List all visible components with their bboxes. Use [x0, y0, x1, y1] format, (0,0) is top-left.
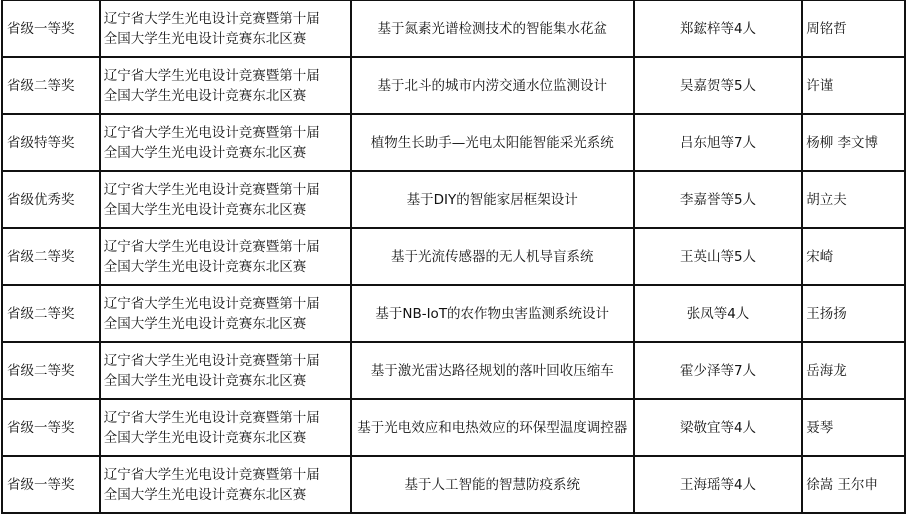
project-cell: 基于人工智能的智慧防疫系统	[351, 456, 634, 513]
competition-line1: 辽宁省大学生光电设计竞赛暨第十届	[104, 408, 346, 428]
advisor-cell: 胡立夫	[802, 171, 905, 228]
competition-line1: 辽宁省大学生光电设计竞赛暨第十届	[104, 465, 346, 485]
competition-line2: 全国大学生光电设计竞赛东北区赛	[104, 485, 346, 505]
students-cell: 梁敬宜等4人	[634, 399, 802, 456]
table-row: 省级二等奖 辽宁省大学生光电设计竞赛暨第十届全国大学生光电设计竞赛东北区赛 基于…	[2, 342, 905, 399]
competition-cell: 辽宁省大学生光电设计竞赛暨第十届全国大学生光电设计竞赛东北区赛	[100, 342, 351, 399]
project-cell: 基于氮素光谱检测技术的智能集水花盆	[351, 0, 634, 57]
students-cell: 郑鋐梓等4人	[634, 0, 802, 57]
competition-cell: 辽宁省大学生光电设计竞赛暨第十届全国大学生光电设计竞赛东北区赛	[100, 171, 351, 228]
advisor-cell: 徐嵩 王尔申	[802, 456, 905, 513]
competition-cell: 辽宁省大学生光电设计竞赛暨第十届全国大学生光电设计竞赛东北区赛	[100, 399, 351, 456]
project-cell: 基于NB-IoT的农作物虫害监测系统设计	[351, 285, 634, 342]
competition-line1: 辽宁省大学生光电设计竞赛暨第十届	[104, 351, 346, 371]
award-level-cell: 省级一等奖	[2, 399, 100, 456]
competition-cell: 辽宁省大学生光电设计竞赛暨第十届全国大学生光电设计竞赛东北区赛	[100, 456, 351, 513]
advisor-cell: 聂琴	[802, 399, 905, 456]
competition-cell: 辽宁省大学生光电设计竞赛暨第十届全国大学生光电设计竞赛东北区赛	[100, 285, 351, 342]
competition-line2: 全国大学生光电设计竞赛东北区赛	[104, 29, 346, 49]
competition-line1: 辽宁省大学生光电设计竞赛暨第十届	[104, 66, 346, 86]
competition-line2: 全国大学生光电设计竞赛东北区赛	[104, 257, 346, 277]
award-level-cell: 省级二等奖	[2, 57, 100, 114]
advisor-cell: 宋崎	[802, 228, 905, 285]
advisor-cell: 王扬扬	[802, 285, 905, 342]
students-cell: 李嘉誉等5人	[634, 171, 802, 228]
table-row: 省级优秀奖 辽宁省大学生光电设计竞赛暨第十届全国大学生光电设计竞赛东北区赛 基于…	[2, 171, 905, 228]
competition-line1: 辽宁省大学生光电设计竞赛暨第十届	[104, 294, 346, 314]
project-cell: 基于光电效应和电热效应的环保型温度调控器	[351, 399, 634, 456]
competition-line1: 辽宁省大学生光电设计竞赛暨第十届	[104, 123, 346, 143]
award-level-cell: 省级二等奖	[2, 285, 100, 342]
competition-line2: 全国大学生光电设计竞赛东北区赛	[104, 86, 346, 106]
students-cell: 吕东旭等7人	[634, 114, 802, 171]
competition-cell: 辽宁省大学生光电设计竞赛暨第十届全国大学生光电设计竞赛东北区赛	[100, 0, 351, 57]
students-cell: 张凤等4人	[634, 285, 802, 342]
table-row: 省级特等奖 辽宁省大学生光电设计竞赛暨第十届全国大学生光电设计竞赛东北区赛 植物…	[2, 114, 905, 171]
competition-line2: 全国大学生光电设计竞赛东北区赛	[104, 314, 346, 334]
project-cell: 基于北斗的城市内涝交通水位监测设计	[351, 57, 634, 114]
students-cell: 霍少泽等7人	[634, 342, 802, 399]
award-level-cell: 省级二等奖	[2, 228, 100, 285]
table-row: 省级二等奖 辽宁省大学生光电设计竞赛暨第十届全国大学生光电设计竞赛东北区赛 基于…	[2, 228, 905, 285]
award-level-cell: 省级优秀奖	[2, 171, 100, 228]
advisor-cell: 岳海龙	[802, 342, 905, 399]
competition-line2: 全国大学生光电设计竞赛东北区赛	[104, 143, 346, 163]
competition-line2: 全国大学生光电设计竞赛东北区赛	[104, 428, 346, 448]
students-cell: 王英山等5人	[634, 228, 802, 285]
table-row: 省级二等奖 辽宁省大学生光电设计竞赛暨第十届全国大学生光电设计竞赛东北区赛 基于…	[2, 57, 905, 114]
competition-cell: 辽宁省大学生光电设计竞赛暨第十届全国大学生光电设计竞赛东北区赛	[100, 228, 351, 285]
advisor-cell: 杨柳 李文博	[802, 114, 905, 171]
table-row: 省级二等奖 辽宁省大学生光电设计竞赛暨第十届全国大学生光电设计竞赛东北区赛 基于…	[2, 285, 905, 342]
table-row: 省级一等奖 辽宁省大学生光电设计竞赛暨第十届全国大学生光电设计竞赛东北区赛 基于…	[2, 456, 905, 513]
project-cell: 植物生长助手—光电太阳能智能采光系统	[351, 114, 634, 171]
students-cell: 王海瑶等4人	[634, 456, 802, 513]
award-level-cell: 省级一等奖	[2, 456, 100, 513]
advisor-cell: 周铭哲	[802, 0, 905, 57]
students-cell: 吴嘉贺等5人	[634, 57, 802, 114]
competition-cell: 辽宁省大学生光电设计竞赛暨第十届全国大学生光电设计竞赛东北区赛	[100, 114, 351, 171]
table-row: 省级一等奖 辽宁省大学生光电设计竞赛暨第十届全国大学生光电设计竞赛东北区赛 基于…	[2, 0, 905, 57]
table-row: 省级一等奖 辽宁省大学生光电设计竞赛暨第十届全国大学生光电设计竞赛东北区赛 基于…	[2, 399, 905, 456]
awards-table: 省级一等奖 辽宁省大学生光电设计竞赛暨第十届全国大学生光电设计竞赛东北区赛 基于…	[1, 0, 906, 514]
award-level-cell: 省级二等奖	[2, 342, 100, 399]
competition-line1: 辽宁省大学生光电设计竞赛暨第十届	[104, 9, 346, 29]
competition-cell: 辽宁省大学生光电设计竞赛暨第十届全国大学生光电设计竞赛东北区赛	[100, 57, 351, 114]
advisor-cell: 许谨	[802, 57, 905, 114]
competition-line1: 辽宁省大学生光电设计竞赛暨第十届	[104, 180, 346, 200]
competition-line1: 辽宁省大学生光电设计竞赛暨第十届	[104, 237, 346, 257]
project-cell: 基于光流传感器的无人机导盲系统	[351, 228, 634, 285]
competition-line2: 全国大学生光电设计竞赛东北区赛	[104, 200, 346, 220]
award-level-cell: 省级一等奖	[2, 0, 100, 57]
project-cell: 基于激光雷达路径规划的落叶回收压缩车	[351, 342, 634, 399]
project-cell: 基于DIY的智能家居框架设计	[351, 171, 634, 228]
competition-line2: 全国大学生光电设计竞赛东北区赛	[104, 371, 346, 391]
award-level-cell: 省级特等奖	[2, 114, 100, 171]
